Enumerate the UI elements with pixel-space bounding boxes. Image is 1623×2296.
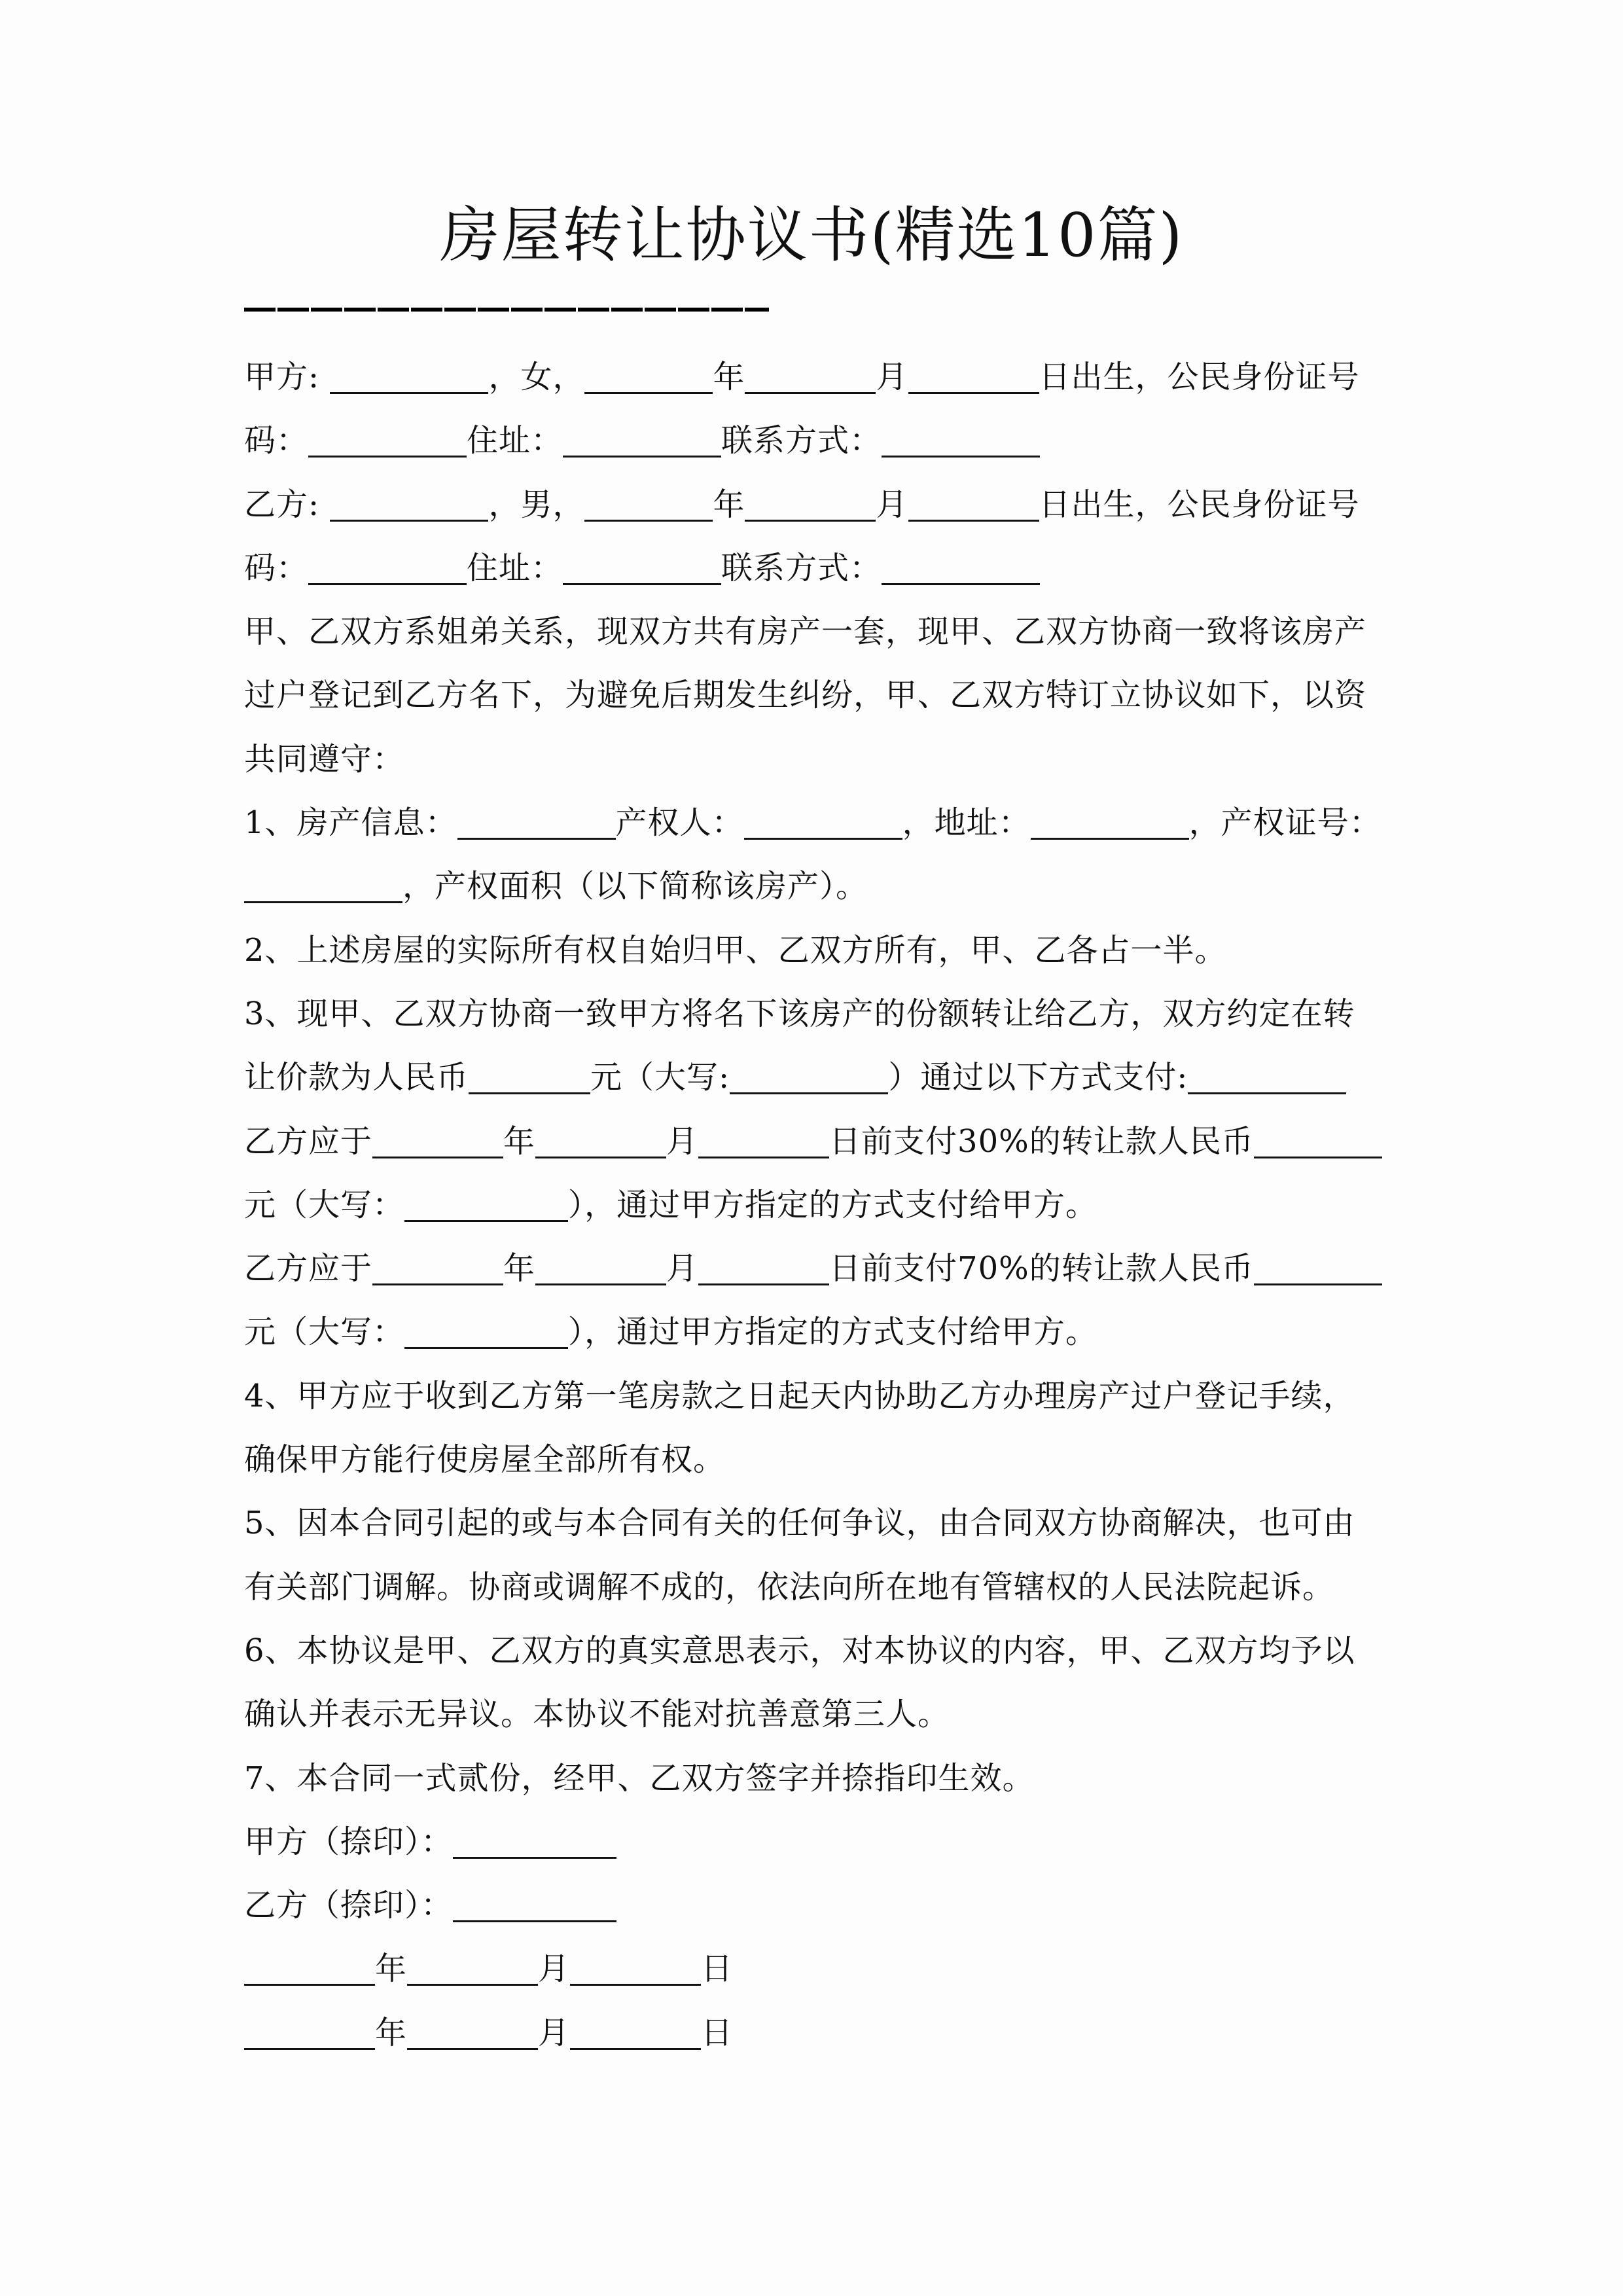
party-b-birth-month-field[interactable] [745,486,876,522]
payment-1-month-field[interactable] [535,1122,666,1158]
price-label: 让价款为人民币 [244,1059,469,1096]
payment-1-year-field[interactable] [372,1122,503,1158]
birth-suffix: 日出生，公民身份证号 [1039,359,1360,395]
clause-3-line-2: 让价款为人民币元（大写:）通过以下方式支付: [244,1046,1380,1109]
price-capital-field[interactable] [730,1058,888,1094]
party-a-birth-day-field[interactable] [908,358,1039,394]
payment-1-capital-field[interactable] [404,1186,568,1222]
contact-label: 联系方式： [721,422,882,459]
party-a-address-field[interactable] [563,422,721,457]
party-b-address-field[interactable] [563,549,721,585]
document-page: 房屋转让协议书(精选10篇) 甲方: ，女，年月日出生，公民身份证号 码：住址：… [0,0,1623,2296]
party-a-birth-month-field[interactable] [745,358,876,394]
payment-2-capital-field[interactable] [404,1313,568,1349]
payment-2-year-field[interactable] [372,1249,503,1285]
payment-2-line-1: 乙方应于年月日前支付70%的转让款人民币 [244,1237,1380,1300]
clause-2: 2、上述房屋的实际所有权自始归甲、乙双方所有，甲、乙各占一半。 [244,919,1380,982]
party-a-contact-field[interactable] [882,422,1040,457]
price-capital-label: 元（大写: [590,1059,730,1096]
party-b-signature-field[interactable] [453,1886,616,1922]
day-label: 日 [701,1950,733,1987]
party-a-line-2: 码：住址：联系方式： [244,409,1380,473]
payment-method-field[interactable] [1188,1058,1346,1094]
clause-6-line: 确认并表示无异议。本协议不能对抗善意第三人。 [244,1683,1380,1746]
year-label: 年 [375,2015,407,2051]
address-label: 住址： [467,422,563,459]
id-label: 码： [244,550,308,586]
address-label: 住址： [467,550,563,586]
clause-5-line: 有关部门调解。协商或调解不成的，依法向所在地有管辖权的人民法院起诉。 [244,1556,1380,1619]
clause-6-line: 6、本协议是甲、乙双方的真实意思表示，对本协议的内容，甲、乙双方均予以 [244,1619,1380,1683]
clause-5-line: 5、因本合同引起的或与本合同有关的任何争议，由合同双方协商解决，也可由 [244,1492,1380,1555]
party-b-birth-day-field[interactable] [908,486,1039,522]
party-a-id-field[interactable] [308,422,467,457]
date-2-day-field[interactable] [570,2014,701,2050]
clause-4-line: 确保甲方能行使房屋全部所有权。 [244,1428,1380,1492]
date-1-day-field[interactable] [570,1950,701,1986]
party-b-signature-line: 乙方（捺印）： [244,1874,1380,1937]
payment-2-day-field[interactable] [698,1249,829,1285]
month-label: 月 [876,359,908,395]
clause-3-line-1: 3、现甲、乙双方协商一致甲方将名下该房产的份额转让给乙方，双方约定在转 [244,982,1380,1046]
owner-field[interactable] [744,804,902,840]
month-label: 月 [666,1250,698,1287]
payment-1-prefix: 乙方应于 [244,1123,372,1160]
party-a-gender: ，女， [488,359,584,395]
party-a-birth-year-field[interactable] [584,358,713,394]
capital-label: 元（大写： [244,1187,404,1223]
payment-1-suffix: ），通过甲方指定的方式支付给甲方。 [568,1187,1097,1223]
clause-7: 7、本合同一式贰份，经甲、乙双方签字并捺指印生效。 [244,1747,1380,1810]
id-label: 码： [244,422,308,459]
year-label: 年 [503,1123,535,1160]
preamble-line: 过户登记到乙方名下，为避免后期发生纠纷，甲、乙双方特订立协议如下，以资 [244,664,1380,727]
certificate-number-field[interactable] [244,867,402,903]
area-text: ，产权面积（以下简称该房产）。 [402,868,868,905]
document-body: 甲方: ，女，年月日出生，公民身份证号 码：住址：联系方式： 乙方: ，男，年月… [244,346,1380,2065]
payment-2-text: 日前支付70%的转让款人民币 [829,1250,1254,1287]
party-b-contact-field[interactable] [882,549,1040,585]
price-amount-field[interactable] [469,1058,590,1094]
payment-1-line-2: 元（大写：），通过甲方指定的方式支付给甲方。 [244,1174,1380,1237]
payment-2-amount-field[interactable] [1254,1249,1382,1285]
birth-suffix: 日出生，公民身份证号 [1039,486,1360,523]
year-label: 年 [713,486,745,523]
contact-label: 联系方式： [721,550,882,586]
party-b-name-field[interactable] [330,486,488,522]
party-a-signature-line: 甲方（捺印）： [244,1810,1380,1874]
party-a-signature-label: 甲方（捺印）： [244,1823,453,1860]
party-a-line-1: 甲方: ，女，年月日出生，公民身份证号 [244,346,1380,409]
property-address-field[interactable] [1031,804,1189,840]
party-b-line-1: 乙方: ，男，年月日出生，公民身份证号 [244,473,1380,537]
payment-2-prefix: 乙方应于 [244,1250,372,1287]
party-b-signature-label: 乙方（捺印）： [244,1887,453,1924]
document-title: 房屋转让协议书(精选10篇) [0,196,1623,275]
date-line-1: 年月日 [244,1937,1380,2001]
clause-1-prefix: 1、房产信息： [244,804,457,841]
payment-1-day-field[interactable] [698,1122,829,1158]
payment-2-month-field[interactable] [535,1249,666,1285]
title-separator [244,308,769,312]
month-label: 月 [876,486,908,523]
capital-label: 元（大写： [244,1314,404,1350]
date-1-month-field[interactable] [407,1950,538,1986]
clause-1-line-2: ，产权面积（以下简称该房产）。 [244,855,1380,918]
payment-1-line-1: 乙方应于年月日前支付30%的转让款人民币 [244,1110,1380,1174]
party-a-signature-field[interactable] [453,1823,616,1859]
preamble-line: 甲、乙双方系姐弟关系，现双方共有房产一套，现甲、乙双方协商一致将该房产 [244,600,1380,664]
party-b-line-2: 码：住址：联系方式： [244,537,1380,600]
party-a-label: 甲方: [244,359,319,395]
payment-method-label: ）通过以下方式支付: [888,1059,1188,1096]
year-label: 年 [503,1250,535,1287]
party-b-label: 乙方: [244,486,319,523]
party-b-gender: ，男， [488,486,584,523]
property-address-label: ，地址： [902,804,1031,841]
certificate-label: ，产权证号： [1189,804,1382,841]
payment-1-text: 日前支付30%的转让款人民币 [829,1123,1254,1160]
clause-1-line-1: 1、房产信息：产权人：，地址：，产权证号： [244,791,1380,855]
date-2-month-field[interactable] [407,2014,538,2050]
date-1-year-field[interactable] [244,1950,375,1986]
day-label: 日 [701,2015,733,2051]
date-2-year-field[interactable] [244,2014,375,2050]
party-a-name-field[interactable] [330,358,488,394]
payment-2-line-2: 元（大写：），通过甲方指定的方式支付给甲方。 [244,1300,1380,1364]
clause-4-line: 4、甲方应于收到乙方第一笔房款之日起天内协助乙方办理房产过户登记手续， [244,1365,1380,1428]
year-label: 年 [375,1950,407,1987]
date-line-2: 年月日 [244,2001,1380,2065]
month-label: 月 [666,1123,698,1160]
preamble-line: 共同遵守： [244,728,1380,791]
owner-label: 产权人： [616,804,744,841]
year-label: 年 [713,359,745,395]
party-b-id-field[interactable] [308,549,467,585]
month-label: 月 [538,2015,570,2051]
month-label: 月 [538,1950,570,1987]
property-info-field[interactable] [457,804,616,840]
payment-1-amount-field[interactable] [1254,1122,1382,1158]
payment-2-suffix: ），通过甲方指定的方式支付给甲方。 [568,1314,1097,1350]
party-b-birth-year-field[interactable] [584,486,713,522]
